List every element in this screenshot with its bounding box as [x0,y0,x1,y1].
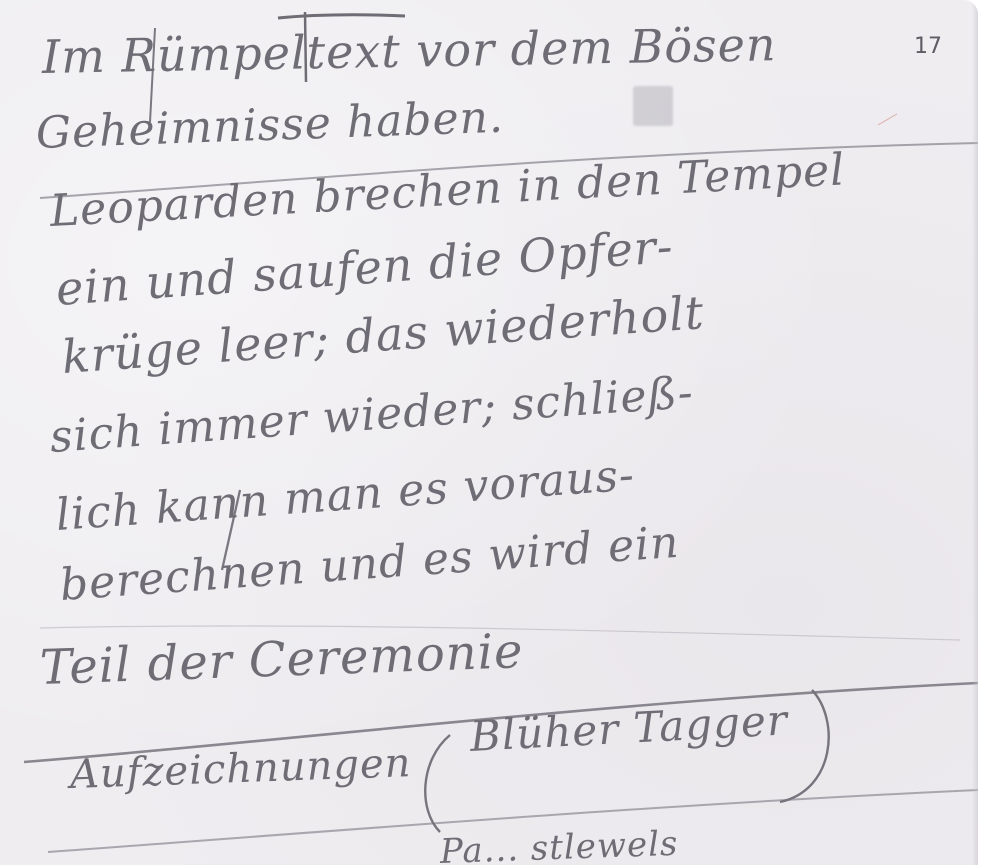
bracket-left [425,735,450,832]
eraser-smudge [633,86,673,126]
page-number: 17 [914,34,942,59]
bracket-right [780,690,829,802]
manuscript-page: 17 Im Rümpeltext vor dem Bösen Geheimnis… [0,0,978,865]
strike-through [278,15,405,18]
cut-off-bottom-line: Pa... stlewels [439,824,679,865]
page-edge [972,0,978,865]
